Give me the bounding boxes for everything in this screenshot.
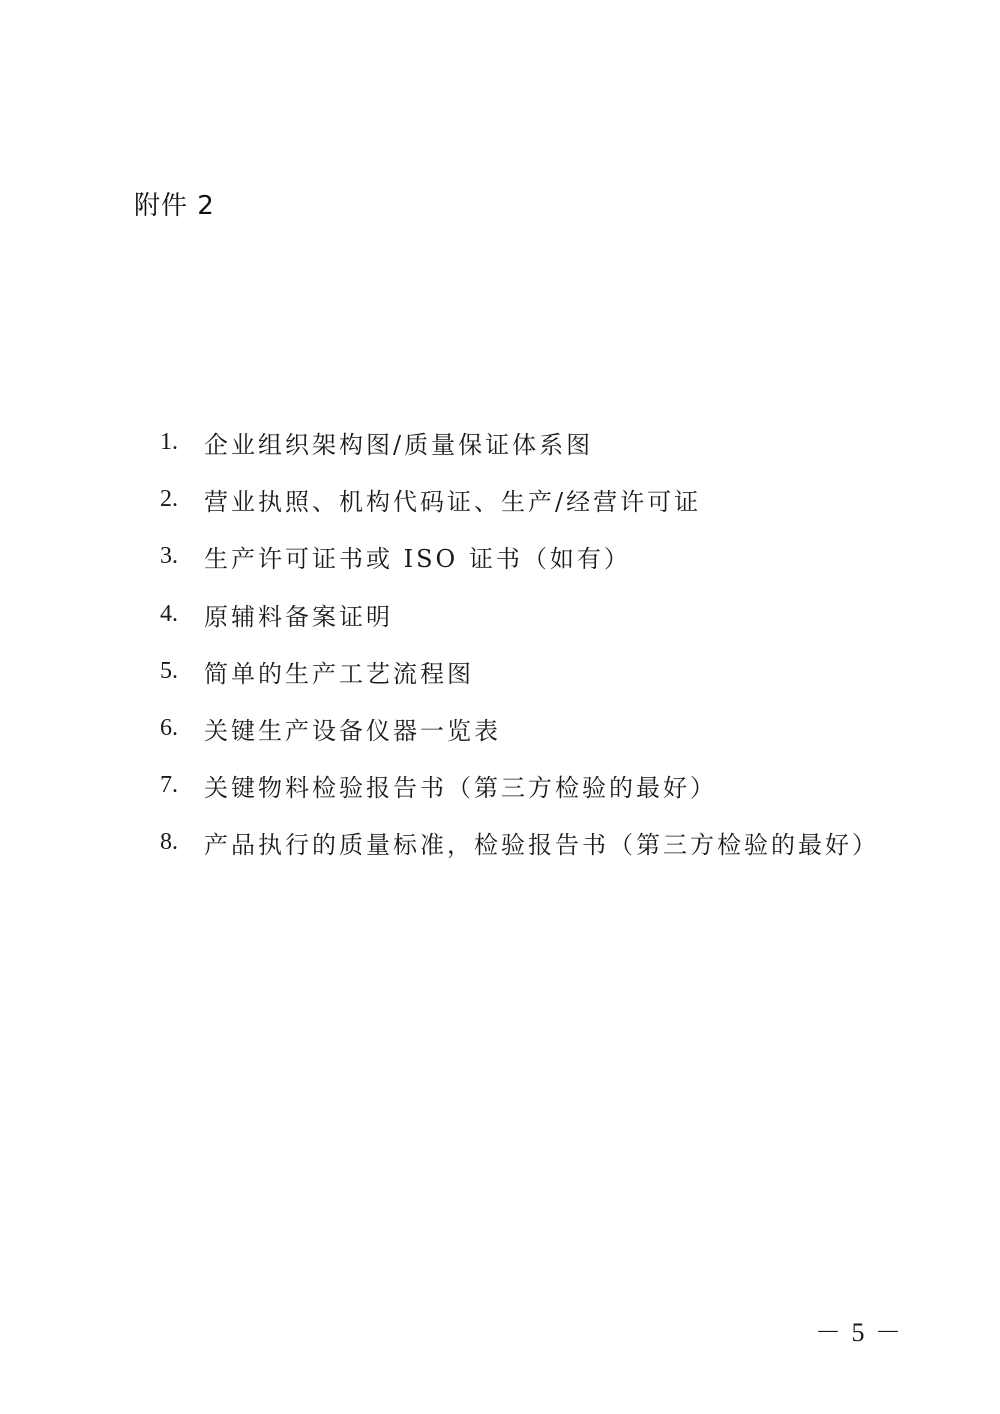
list-item-text: 产品执行的质量标准，检验报告书（第三方检验的最好）: [204, 825, 879, 860]
list-item: 4. 原辅料备案证明: [160, 586, 879, 643]
list-item: 1. 企业组织架构图/质量保证体系图: [160, 414, 879, 471]
list-item: 7. 关键物料检验报告书（第三方检验的最好）: [160, 757, 879, 814]
list-item-text: 简单的生产工艺流程图: [204, 654, 474, 689]
list-item-number: 5.: [160, 658, 204, 685]
attachment-title: 附件 2: [134, 188, 215, 224]
list-item-number: 2.: [160, 486, 204, 513]
list-item-text: 企业组织架构图/质量保证体系图: [204, 425, 593, 460]
list-item: 3. 生产许可证书或 ISO 证书（如有）: [160, 528, 879, 585]
list-item: 5. 简单的生产工艺流程图: [160, 643, 879, 700]
list-item-text: 关键生产设备仪器一览表: [204, 711, 501, 746]
list-item-number: 1.: [160, 429, 204, 456]
list-item-text: 营业执照、机构代码证、生产/经营许可证: [204, 482, 701, 517]
list-item-text: 关键物料检验报告书（第三方检验的最好）: [204, 768, 717, 803]
list-item: 6. 关键生产设备仪器一览表: [160, 700, 879, 757]
list-item-text: 生产许可证书或 ISO 证书（如有）: [204, 539, 631, 574]
list-item-number: 4.: [160, 601, 204, 628]
list-item: 8. 产品执行的质量标准，检验报告书（第三方检验的最好）: [160, 814, 879, 871]
list-item: 2. 营业执照、机构代码证、生产/经营许可证: [160, 471, 879, 528]
page-number: － 5 －: [815, 1312, 903, 1349]
document-page: 附件 2 1. 企业组织架构图/质量保证体系图 2. 营业执照、机构代码证、生产…: [0, 0, 1000, 1414]
required-documents-list: 1. 企业组织架构图/质量保证体系图 2. 营业执照、机构代码证、生产/经营许可…: [160, 414, 879, 872]
list-item-number: 8.: [160, 829, 204, 856]
list-item-number: 6.: [160, 715, 204, 742]
list-item-text: 原辅料备案证明: [204, 597, 393, 632]
list-item-number: 3.: [160, 543, 204, 570]
list-item-number: 7.: [160, 772, 204, 799]
